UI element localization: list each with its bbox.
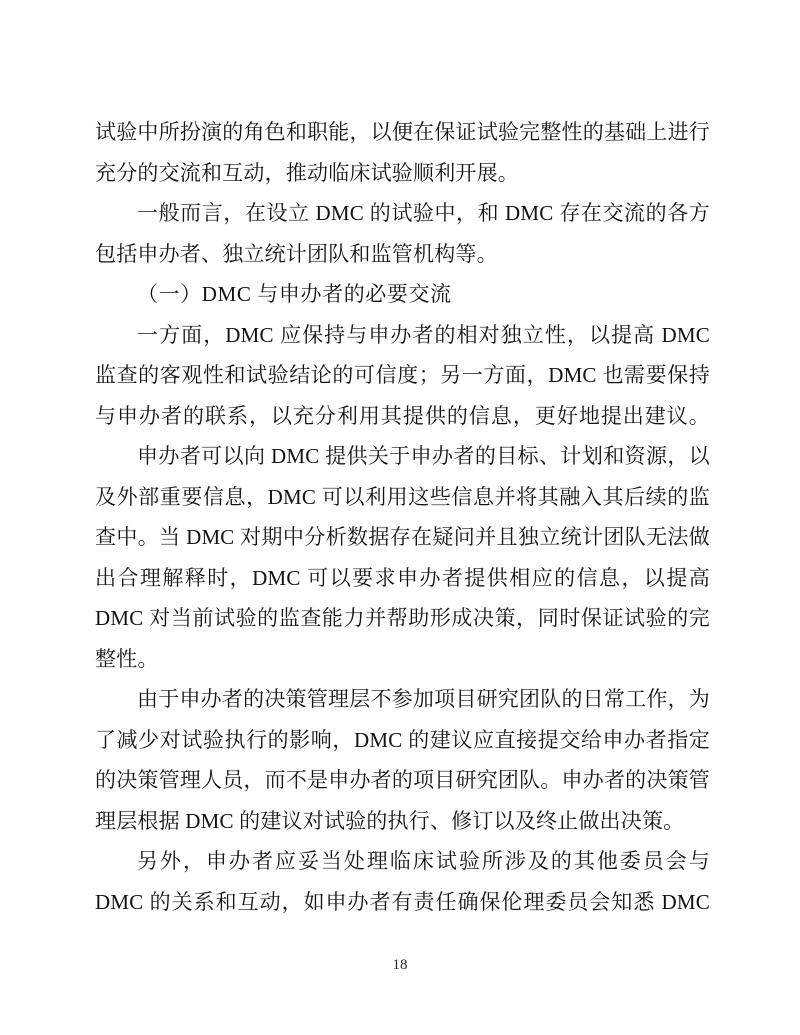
text-line: 由于申办者的决策管理层不参加项目研究团队的日常工作，为 <box>95 679 710 720</box>
text-line: 整性。 <box>95 639 710 680</box>
text-line: 一方面，DMC 应保持与申办者的相对独立性，以提高 DMC <box>95 315 710 356</box>
paragraph: 一方面，DMC 应保持与申办者的相对独立性，以提高 DMC 监查的客观性和试验结… <box>95 315 710 437</box>
section-heading: （一）DMC 与申办者的必要交流 <box>95 274 710 315</box>
text-line: DMC 的关系和互动，如申办者有责任确保伦理委员会知悉 DMC <box>95 882 710 923</box>
page-content: 试验中所扮演的角色和职能，以便在保证试验完整性的基础上进行 充分的交流和互动，推… <box>95 112 710 922</box>
paragraph-continuation: 试验中所扮演的角色和职能，以便在保证试验完整性的基础上进行 充分的交流和互动，推… <box>95 112 710 193</box>
document-page: 试验中所扮演的角色和职能，以便在保证试验完整性的基础上进行 充分的交流和互动，推… <box>0 0 800 1035</box>
text-line: DMC 对当前试验的监查能力并帮助形成决策，同时保证试验的完 <box>95 598 710 639</box>
paragraph: 另外，申办者应妥当处理临床试验所涉及的其他委员会与 DMC 的关系和互动，如申办… <box>95 841 710 922</box>
text-line: 的决策管理人员，而不是申办者的项目研究团队。申办者的决策管 <box>95 760 710 801</box>
paragraph: 由于申办者的决策管理层不参加项目研究团队的日常工作，为 了减少对试验执行的影响，… <box>95 679 710 841</box>
text-line: 包括申办者、独立统计团队和监管机构等。 <box>95 234 710 275</box>
text-line: 与申办者的联系，以充分利用其提供的信息，更好地提出建议。 <box>95 396 710 437</box>
heading-line: （一）DMC 与申办者的必要交流 <box>95 274 710 315</box>
text-line: 查中。当 DMC 对期中分析数据存在疑问并且独立统计团队无法做 <box>95 517 710 558</box>
text-line: 理层根据 DMC 的建议对试验的执行、修订以及终止做出决策。 <box>95 801 710 842</box>
page-footer: 18 <box>0 956 800 974</box>
text-line: 一般而言，在设立 DMC 的试验中，和 DMC 存在交流的各方 <box>95 193 710 234</box>
text-line: 监查的客观性和试验结论的可信度；另一方面，DMC 也需要保持 <box>95 355 710 396</box>
page-number: 18 <box>393 957 408 973</box>
text-line: 出合理解释时，DMC 可以要求申办者提供相应的信息，以提高 <box>95 558 710 599</box>
text-line: 充分的交流和互动，推动临床试验顺利开展。 <box>95 153 710 194</box>
text-line: 了减少对试验执行的影响，DMC 的建议应直接提交给申办者指定 <box>95 720 710 761</box>
text-line: 申办者可以向 DMC 提供关于申办者的目标、计划和资源，以 <box>95 436 710 477</box>
text-line: 另外，申办者应妥当处理临床试验所涉及的其他委员会与 <box>95 841 710 882</box>
text-line: 试验中所扮演的角色和职能，以便在保证试验完整性的基础上进行 <box>95 112 710 153</box>
paragraph: 一般而言，在设立 DMC 的试验中，和 DMC 存在交流的各方 包括申办者、独立… <box>95 193 710 274</box>
text-line: 及外部重要信息，DMC 可以利用这些信息并将其融入其后续的监 <box>95 477 710 518</box>
paragraph: 申办者可以向 DMC 提供关于申办者的目标、计划和资源，以 及外部重要信息，DM… <box>95 436 710 679</box>
